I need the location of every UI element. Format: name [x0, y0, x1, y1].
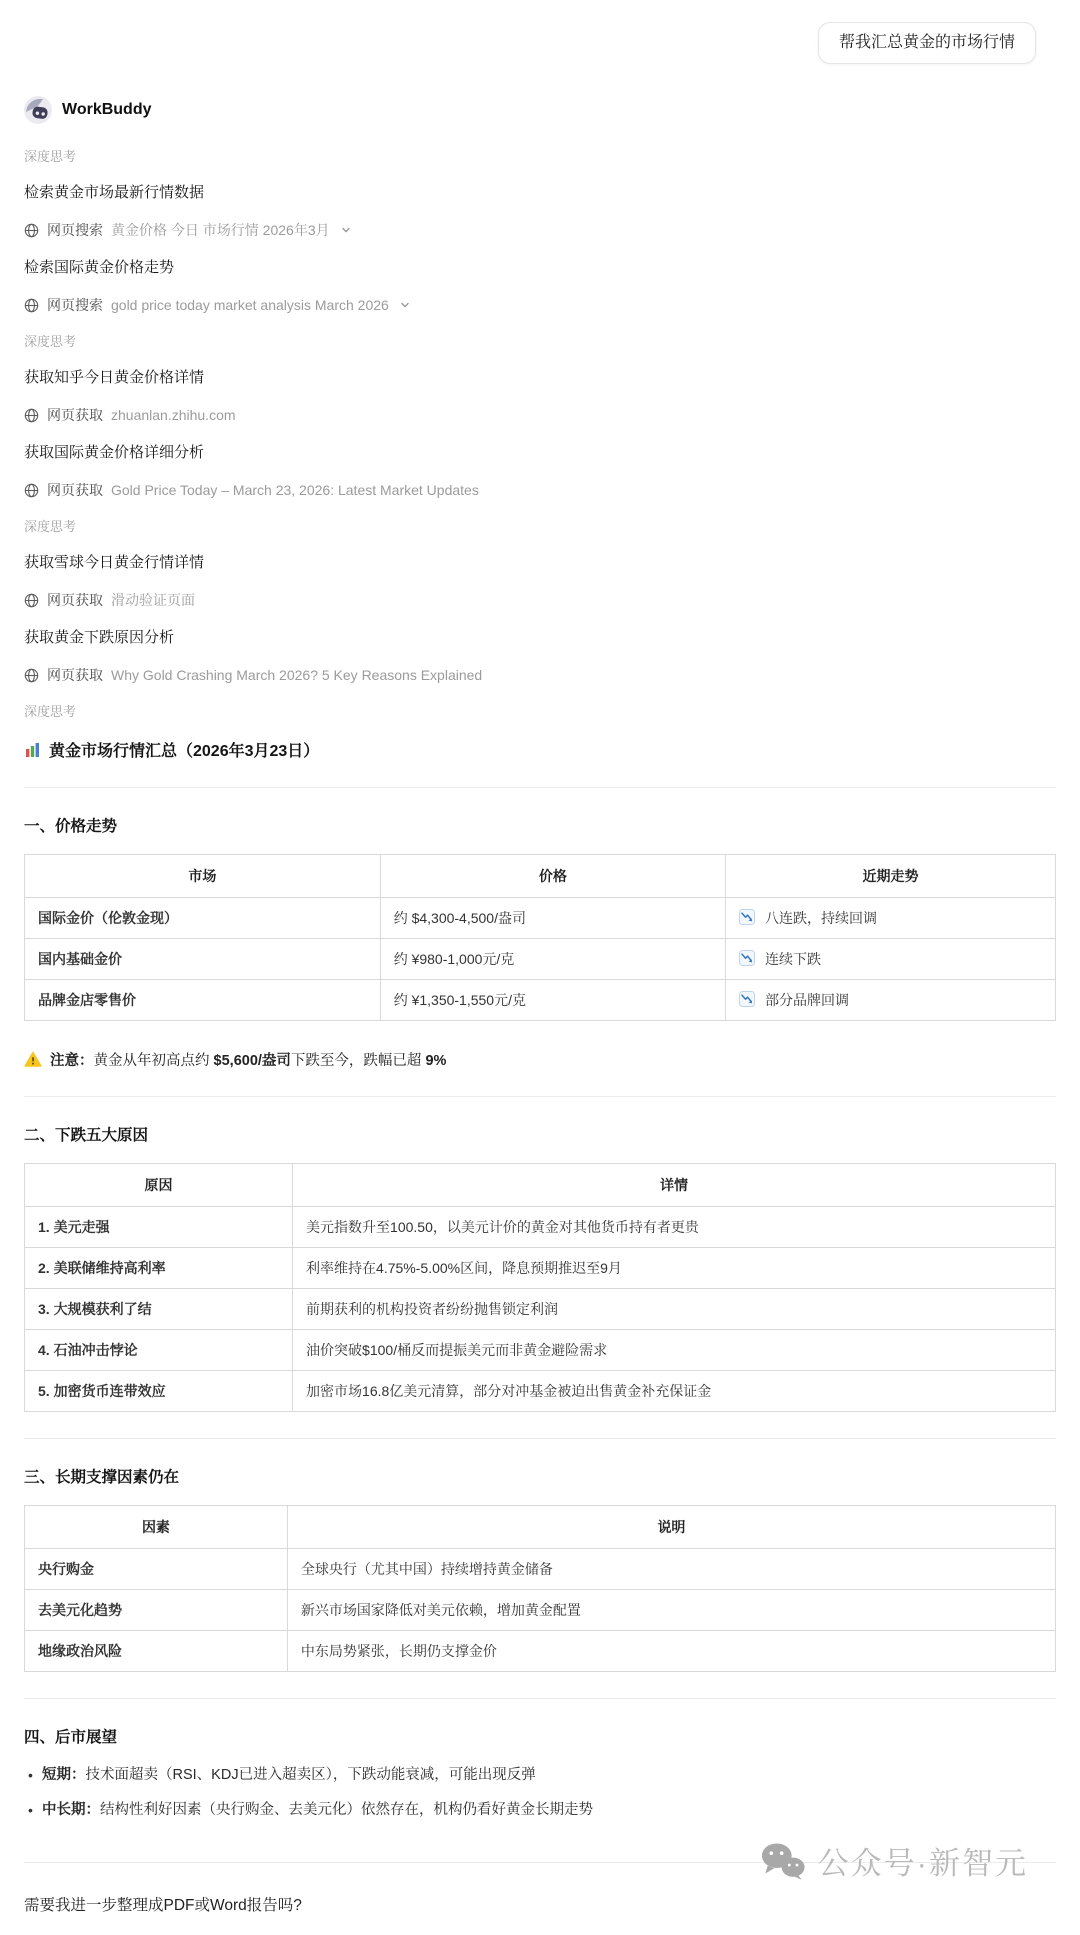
cell-value: 约 ¥980-1,000元/克	[380, 939, 725, 980]
source-action-label: 网页获取	[47, 590, 103, 610]
web-source-row[interactable]: 网页获取 Gold Price Today – March 23, 2026: …	[24, 480, 1056, 500]
source-action-label: 网页搜索	[47, 220, 103, 240]
warning-icon	[24, 1051, 42, 1068]
cell-value: 新兴市场国家降低对美元依赖，增加黄金配置	[287, 1590, 1055, 1631]
footer: 公众号·新智元	[24, 1862, 1056, 1863]
source-detail: 滑动验证页面	[111, 590, 195, 610]
column-header: 近期走势	[726, 855, 1056, 898]
row-label: 央行购金	[25, 1549, 288, 1590]
step-heading: 获取雪球今日黄金行情详情	[24, 553, 1056, 573]
column-header: 价格	[380, 855, 725, 898]
table-row: 3. 大规模获利了结前期获利的机构投资者纷纷抛售锁定利润	[25, 1289, 1056, 1330]
section-heading-price-trend: 一、价格走势	[24, 814, 1056, 836]
divider	[24, 1698, 1056, 1699]
table-row: 国际金价（伦敦金现）约 $4,300-4,500/盎司 八连跌，持续回调	[25, 898, 1056, 939]
row-label: 5. 加密货币连带效应	[25, 1371, 293, 1412]
trend-cell: 部分品牌回调	[726, 980, 1056, 1021]
globe-icon	[24, 668, 39, 683]
trend-cell: 连续下跌	[726, 939, 1056, 980]
globe-icon	[24, 408, 39, 423]
table-row: 5. 加密货币连带效应加密市场16.8亿美元清算，部分对冲基金被迫出售黄金补充保…	[25, 1371, 1056, 1412]
table-row: 1. 美元走强美元指数升至100.50，以美元计价的黄金对其他货币持有者更贵	[25, 1207, 1056, 1248]
step-heading: 获取黄金下跌原因分析	[24, 628, 1056, 648]
step-heading: 检索黄金市场最新行情数据	[24, 183, 1056, 203]
watermark: 公众号·新智元	[760, 1838, 1028, 1883]
section-heading-decline-reasons: 二、下跌五大原因	[24, 1123, 1056, 1145]
web-source-row[interactable]: 网页获取 滑动验证页面	[24, 590, 1056, 610]
globe-icon	[24, 483, 39, 498]
thinking-label: 深度思考	[24, 148, 1056, 166]
divider	[24, 1096, 1056, 1097]
cell-value: 油价突破$100/桶反而提振美元而非黄金避险需求	[293, 1330, 1056, 1371]
thinking-label: 深度思考	[24, 703, 1056, 721]
cell-value: 约 ¥1,350-1,550元/克	[380, 980, 725, 1021]
table-row: 地缘政治风险中东局势紧张，长期仍支撑金价	[25, 1631, 1056, 1672]
chevron-down-icon[interactable]	[399, 299, 411, 311]
reasons-table: 原因详情 1. 美元走强美元指数升至100.50，以美元计价的黄金对其他货币持有…	[24, 1163, 1056, 1412]
thinking-label: 深度思考	[24, 333, 1056, 351]
column-header: 市场	[25, 855, 381, 898]
assistant-header: WorkBuddy	[24, 96, 1056, 124]
followup-question: 需要我进一步整理成PDF或Word报告吗?	[24, 1893, 1056, 1915]
divider	[24, 787, 1056, 788]
chart-decreasing-icon	[739, 909, 755, 925]
table-row: 央行购金全球央行（尤其中国）持续增持黄金储备	[25, 1549, 1056, 1590]
bar-chart-icon	[24, 741, 41, 758]
column-header: 说明	[287, 1506, 1055, 1549]
source-detail: gold price today market analysis March 2…	[111, 295, 389, 315]
cell-value: 中东局势紧张，长期仍支撑金价	[287, 1631, 1055, 1672]
report-title-row: 黄金市场行情汇总（2026年3月23日）	[24, 738, 1056, 761]
source-detail: zhuanlan.zhihu.com	[111, 405, 236, 425]
thinking-label: 深度思考	[24, 518, 1056, 536]
row-label: 4. 石油冲击悖论	[25, 1330, 293, 1371]
trend-cell: 八连跌，持续回调	[726, 898, 1056, 939]
agent-steps: 深度思考 检索黄金市场最新行情数据 网页搜索 黄金价格 今日 市场行情 2026…	[24, 148, 1056, 721]
globe-icon	[24, 223, 39, 238]
source-detail: Why Gold Crashing March 2026? 5 Key Reas…	[111, 665, 482, 685]
chart-decreasing-icon	[739, 950, 755, 966]
table-row: 4. 石油冲击悖论油价突破$100/桶反而提振美元而非黄金避险需求	[25, 1330, 1056, 1371]
web-source-row[interactable]: 网页搜索 gold price today market analysis Ma…	[24, 295, 1056, 315]
table-header-row: 市场价格近期走势	[25, 855, 1056, 898]
cell-value: 前期获利的机构投资者纷纷抛售锁定利润	[293, 1289, 1056, 1330]
chart-decreasing-icon	[739, 991, 755, 1007]
table-header-row: 原因详情	[25, 1164, 1056, 1207]
price-table: 市场价格近期走势 国际金价（伦敦金现）约 $4,300-4,500/盎司 八连跌…	[24, 854, 1056, 1021]
row-label: 去美元化趋势	[25, 1590, 288, 1631]
watermark-text: 公众号·新智元	[818, 1838, 1028, 1883]
cell-value: 约 $4,300-4,500/盎司	[380, 898, 725, 939]
row-label: 1. 美元走强	[25, 1207, 293, 1248]
user-message-row: 帮我汇总黄金的市场行情	[24, 22, 1056, 64]
source-action-label: 网页搜索	[47, 295, 103, 315]
wechat-icon	[760, 1841, 806, 1881]
divider	[24, 1438, 1056, 1439]
cell-value: 加密市场16.8亿美元清算，部分对冲基金被迫出售黄金补充保证金	[293, 1371, 1056, 1412]
user-message-bubble: 帮我汇总黄金的市场行情	[818, 22, 1036, 64]
source-action-label: 网页获取	[47, 480, 103, 500]
outlook-item: 短期：技术面超卖（RSI、KDJ已进入超卖区），下跌动能衰减，可能出现反弹	[24, 1765, 1056, 1785]
table-row: 去美元化趋势新兴市场国家降低对美元依赖，增加黄金配置	[25, 1590, 1056, 1631]
cell-value: 全球央行（尤其中国）持续增持黄金储备	[287, 1549, 1055, 1590]
table-row: 国内基础金价约 ¥980-1,000元/克 连续下跌	[25, 939, 1056, 980]
support-table: 因素说明 央行购金全球央行（尤其中国）持续增持黄金储备去美元化趋势新兴市场国家降…	[24, 1505, 1056, 1672]
source-action-label: 网页获取	[47, 665, 103, 685]
row-label: 地缘政治风险	[25, 1631, 288, 1672]
section-heading-outlook: 四、后市展望	[24, 1725, 1056, 1747]
assistant-avatar-icon	[24, 96, 52, 124]
row-label: 国内基础金价	[25, 939, 381, 980]
row-label: 2. 美联储维持高利率	[25, 1248, 293, 1289]
table-row: 品牌金店零售价约 ¥1,350-1,550元/克 部分品牌回调	[25, 980, 1056, 1021]
warning-note: 注意：黄金从年初高点约 $5,600/盎司下跌至今，跌幅已超 9%	[24, 1049, 1056, 1070]
row-label: 3. 大规模获利了结	[25, 1289, 293, 1330]
assistant-name: WorkBuddy	[62, 101, 151, 119]
step-heading: 获取知乎今日黄金价格详情	[24, 368, 1056, 388]
chevron-down-icon[interactable]	[340, 224, 352, 236]
warning-note-text: 注意：黄金从年初高点约 $5,600/盎司下跌至今，跌幅已超 9%	[50, 1049, 446, 1070]
step-heading: 检索国际黄金价格走势	[24, 258, 1056, 278]
chat-page: 帮我汇总黄金的市场行情 WorkBuddy 深度思考 检索黄金市场最新行情数据	[0, 0, 1080, 1935]
step-heading: 获取国际黄金价格详细分析	[24, 443, 1056, 463]
source-action-label: 网页获取	[47, 405, 103, 425]
outlook-item: 中长期：结构性利好因素（央行购金、去美元化）依然存在，机构仍看好黄金长期走势	[24, 1800, 1056, 1820]
globe-icon	[24, 593, 39, 608]
web-source-row[interactable]: 网页获取 Why Gold Crashing March 2026? 5 Key…	[24, 665, 1056, 685]
source-detail: 黄金价格 今日 市场行情 2026年3月	[111, 220, 330, 240]
section-heading-support-factors: 三、长期支撑因素仍在	[24, 1465, 1056, 1487]
web-source-row[interactable]: 网页获取 zhuanlan.zhihu.com	[24, 405, 1056, 425]
globe-icon	[24, 298, 39, 313]
table-header-row: 因素说明	[25, 1506, 1056, 1549]
row-label: 国际金价（伦敦金现）	[25, 898, 381, 939]
column-header: 因素	[25, 1506, 288, 1549]
cell-value: 美元指数升至100.50，以美元计价的黄金对其他货币持有者更贵	[293, 1207, 1056, 1248]
report-title: 黄金市场行情汇总（2026年3月23日）	[49, 738, 319, 761]
row-label: 品牌金店零售价	[25, 980, 381, 1021]
web-source-row[interactable]: 网页搜索 黄金价格 今日 市场行情 2026年3月	[24, 220, 1056, 240]
source-detail: Gold Price Today – March 23, 2026: Lates…	[111, 480, 479, 500]
cell-value: 利率维持在4.75%-5.00%区间，降息预期推迟至9月	[293, 1248, 1056, 1289]
column-header: 原因	[25, 1164, 293, 1207]
table-row: 2. 美联储维持高利率利率维持在4.75%-5.00%区间，降息预期推迟至9月	[25, 1248, 1056, 1289]
outlook-list: 短期：技术面超卖（RSI、KDJ已进入超卖区），下跌动能衰减，可能出现反弹中长期…	[24, 1765, 1056, 1820]
column-header: 详情	[293, 1164, 1056, 1207]
